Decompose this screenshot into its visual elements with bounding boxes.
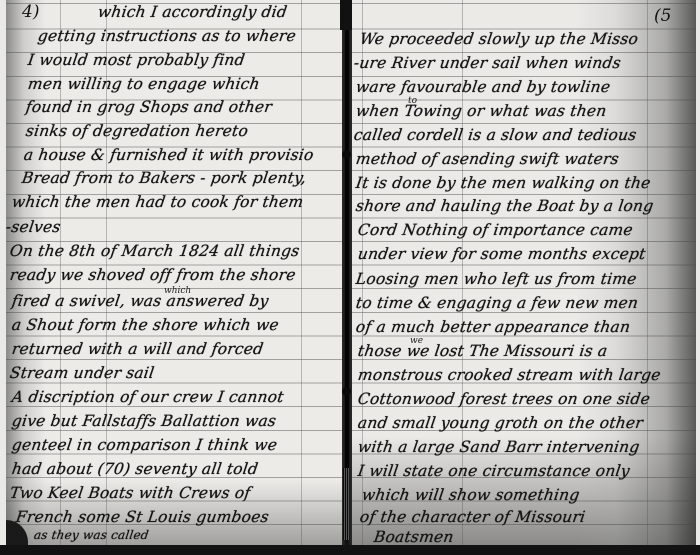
binding-knot (342, 150, 351, 159)
text-line: a Shout form the shore which we (11, 316, 280, 334)
text-line: I would most probably find (27, 51, 246, 69)
text-line: -selves (6, 218, 62, 236)
text-line: On the 8th of March 1824 all things (9, 242, 301, 260)
text-line: and small young groth on the other (357, 414, 645, 432)
text-line: with a large Sand Barr intervening (357, 438, 641, 456)
text-line: getting instructions as to where (37, 27, 297, 45)
text-line: which I accordingly did (97, 3, 289, 21)
text-line: genteel in comparison I think we (11, 436, 279, 454)
text-line: under view for some months except (357, 245, 647, 263)
text-line: method of asending swift waters (355, 150, 620, 168)
text-line: French some St Louis gumboes (15, 508, 270, 526)
text-line: Cord Nothing of importance came (357, 221, 634, 239)
text-line: to time & engaging a few new men (355, 294, 640, 312)
text-line: shore and hauling the Boat by a long (355, 197, 655, 215)
text-line: Cottonwood forest trees on one side (357, 390, 652, 408)
text-line: Stream under sail (9, 364, 156, 382)
column-rule (301, 0, 302, 545)
text-line: as they was called (33, 528, 150, 542)
text-line: Loosing men who left us from time (355, 270, 638, 288)
text-line: when Towing or what was then (355, 102, 608, 120)
text-line: a house & furnished it with provisio (23, 146, 315, 164)
text-line: Two Keel Boats with Crews of (9, 484, 252, 502)
text-line: Bread from to Bakers - pork plenty, (21, 169, 308, 187)
text-line: -ure River under sail when winds (353, 54, 622, 72)
text-line: had about (70) seventy all told (11, 460, 260, 478)
column-rule (647, 0, 648, 545)
page-number: 4) (22, 2, 39, 22)
journal-spread: 4) which I accordingly did getting instr… (0, 0, 700, 555)
text-line: men willing to engage which (27, 75, 261, 93)
text-line: sinks of degredation hereto (25, 122, 250, 140)
text-line: We proceeded slowly up the Misso (359, 30, 640, 48)
text-line: Boatsmen (373, 528, 455, 545)
text-line: fired a swivel, was answered by (11, 292, 270, 310)
page-bottom-edge (0, 545, 700, 555)
text-line: ready we shoved off from the shore (9, 266, 297, 284)
text-line: those we lost The Missouri is a (357, 342, 609, 360)
text-line: give but Fallstaffs Ballattion was (11, 412, 278, 430)
text-line: found in grog Shops and other (25, 98, 274, 116)
text-line: which the men had to cook for them (11, 193, 305, 211)
page-number: (5 (654, 6, 671, 26)
right-page: (5 We proceeded slowly up the Misso -ure… (352, 0, 696, 545)
binding-thread (345, 30, 349, 470)
text-line: of the character of Missouri (359, 508, 587, 526)
text-line: I will state one circumstance only (357, 462, 631, 480)
text-line: A discription of our crew I cannot (11, 388, 285, 406)
binding-tassel (343, 468, 349, 540)
text-line: which will show something (361, 486, 581, 504)
text-line: ware favourable and by towline (355, 78, 612, 96)
text-line: returned with a will and forced (11, 340, 265, 358)
text-line: called cordell is a slow and tedious (353, 126, 638, 144)
left-page: 4) which I accordingly did getting instr… (6, 0, 342, 545)
binding-knot (342, 387, 351, 396)
text-line: monstrous crooked stream with large (357, 366, 662, 384)
text-line: of a much better appearance than (355, 318, 632, 336)
text-line: It is done by the men walking on the (355, 174, 652, 192)
